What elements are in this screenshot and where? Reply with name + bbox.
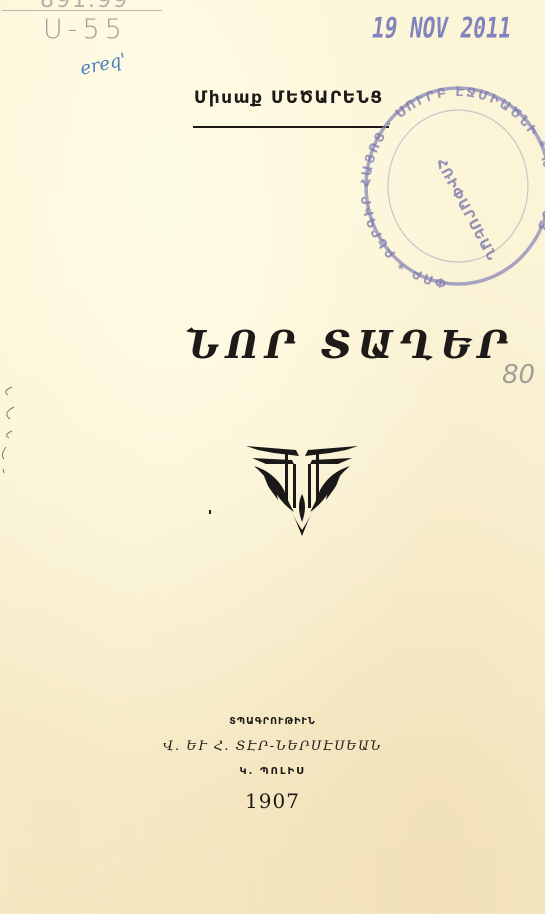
publication-year: 1907 <box>0 789 545 813</box>
ornament-vignette-icon <box>244 442 360 538</box>
pencil-shelfmark-code: U-55 <box>43 14 127 45</box>
stamp-center-text: ՀՌԻՓԱՐՍԵԱՆ <box>432 156 499 264</box>
pencil-page-number: 80 <box>502 360 535 390</box>
printing-house-label: ՏՊԱԳՐՈՒԹԻՒՆ <box>0 716 545 727</box>
library-stamp: ՓՈԲ * ԲԵՐԳԻՐ ՀԱՅՈՑ · ՍՈՒՐԲ ԷՋՄԻԱԾՆԻ * Թ.… <box>350 80 545 296</box>
margin-pencil-marks <box>0 385 20 475</box>
book-title: ՆՈՐ ՏԱՂԵՐ <box>185 322 465 367</box>
pencil-shelfmark-top: 891.99 <box>40 0 129 13</box>
shelfmark-underline <box>2 10 162 11</box>
date-stamp: 19 NOV 2011 <box>370 12 514 44</box>
ink-handwritten-note: ereq' <box>78 49 128 79</box>
ink-speck <box>209 510 211 514</box>
publication-place: Կ. ՊՈԼԻՍ <box>0 766 545 777</box>
printer-name: Վ. ԵՒ Հ. ՏԷՐ-ՆԵՐՍԷՍԵԱՆ <box>0 739 545 754</box>
